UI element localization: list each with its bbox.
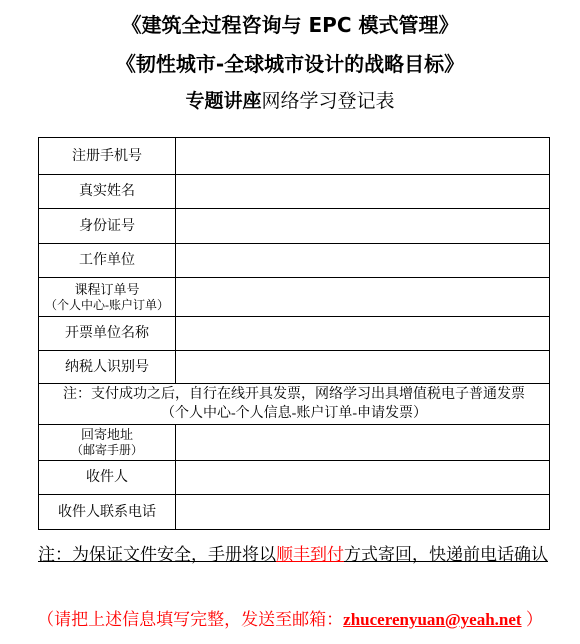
row-label: 注册手机号 bbox=[72, 148, 142, 165]
invoice-note-row: 注：支付成功之后，自行在线开具发票，网络学习出具增值税电子普通发票 （个人中心-… bbox=[39, 383, 549, 424]
name-input-cell[interactable] bbox=[176, 175, 549, 208]
row-label-cell: 收件人 bbox=[39, 461, 176, 494]
table-row: 回寄地址 （邮寄手册） bbox=[39, 424, 549, 460]
contact-instruction-suffix: ） bbox=[522, 610, 543, 629]
row-label-cell: 注册手机号 bbox=[39, 138, 176, 174]
table-row: 开票单位名称 bbox=[39, 316, 549, 350]
return-address-input-cell[interactable] bbox=[176, 425, 549, 460]
contact-instruction-prefix: （请把上述信息填写完整，发送至邮箱： bbox=[37, 610, 343, 629]
phone-input-cell[interactable] bbox=[176, 138, 549, 174]
row-label-cell: 工作单位 bbox=[39, 244, 176, 277]
table-row: 纳税人识别号 bbox=[39, 350, 549, 383]
form-title: 专题讲座网络学习登记表 bbox=[0, 90, 580, 113]
invoice-note-line1: 注：支付成功之后，自行在线开具发票，网络学习出具增值税电子普通发票 bbox=[63, 385, 525, 404]
row-label: 身份证号 bbox=[79, 218, 135, 235]
row-label-cell: 课程订单号 （个人中心-账户订单） bbox=[39, 278, 176, 316]
row-label-cell: 回寄地址 （邮寄手册） bbox=[39, 425, 176, 460]
registration-table: 注册手机号 真实姓名 身份证号 工作单位 课程订单号 （个人中心 bbox=[38, 137, 550, 530]
document-page: 《建筑全过程咨询与 EPC 模式管理》 《韧性城市-全球城市设计的战略目标》 专… bbox=[0, 0, 580, 644]
form-title-rest-segment: 网络学习登记表 bbox=[262, 91, 395, 112]
row-label: 收件人联系电话 bbox=[58, 504, 156, 521]
delivery-note-prefix: 注：为保证文件安全，手册将以 bbox=[38, 545, 276, 564]
row-label-cell: 身份证号 bbox=[39, 209, 176, 243]
row-label: 真实姓名 bbox=[79, 183, 135, 200]
course-title-2: 《韧性城市-全球城市设计的战略目标》 bbox=[0, 53, 580, 76]
row-label: 工作单位 bbox=[79, 252, 135, 269]
table-row: 工作单位 bbox=[39, 243, 549, 277]
table-row: 注册手机号 bbox=[39, 138, 549, 174]
row-label-cell: 收件人联系电话 bbox=[39, 495, 176, 529]
invoice-title-input-cell[interactable] bbox=[176, 317, 549, 350]
invoice-note-line2: （个人中心-个人信息-账户订单-申请发票） bbox=[161, 404, 427, 423]
id-number-input-cell[interactable] bbox=[176, 209, 549, 243]
table-row: 收件人 bbox=[39, 460, 549, 494]
recipient-phone-input-cell[interactable] bbox=[176, 495, 549, 529]
tax-id-input-cell[interactable] bbox=[176, 351, 549, 383]
delivery-note-highlight: 顺丰到付 bbox=[276, 545, 344, 564]
row-label: 开票单位名称 bbox=[65, 325, 149, 342]
delivery-note-suffix: 方式寄回，快递前电话确认 bbox=[344, 545, 548, 564]
recipient-input-cell[interactable] bbox=[176, 461, 549, 494]
order-number-input-cell[interactable] bbox=[176, 278, 549, 316]
row-sublabel: （邮寄手册） bbox=[71, 443, 143, 458]
table-row: 收件人联系电话 bbox=[39, 494, 549, 529]
course-title-1: 《建筑全过程咨询与 EPC 模式管理》 bbox=[0, 0, 580, 37]
contact-instruction: （请把上述信息填写完整，发送至邮箱：zhucerenyuan@yeah.net … bbox=[0, 609, 580, 631]
table-row: 课程订单号 （个人中心-账户订单） bbox=[39, 277, 549, 316]
row-label-cell: 开票单位名称 bbox=[39, 317, 176, 350]
row-label-cell: 纳税人识别号 bbox=[39, 351, 176, 383]
row-label: 收件人 bbox=[86, 469, 128, 486]
row-sublabel: （个人中心-账户订单） bbox=[45, 298, 169, 313]
delivery-note: 注：为保证文件安全，手册将以顺丰到付方式寄回，快递前电话确认 bbox=[38, 544, 580, 566]
form-title-bold-segment: 专题讲座 bbox=[185, 90, 261, 112]
row-label: 回寄地址 bbox=[81, 427, 133, 443]
contact-email-link[interactable]: zhucerenyuan@yeah.net bbox=[343, 610, 521, 629]
employer-input-cell[interactable] bbox=[176, 244, 549, 277]
table-row: 真实姓名 bbox=[39, 174, 549, 208]
invoice-note-cell: 注：支付成功之后，自行在线开具发票，网络学习出具增值税电子普通发票 （个人中心-… bbox=[39, 384, 549, 424]
title-block: 《建筑全过程咨询与 EPC 模式管理》 《韧性城市-全球城市设计的战略目标》 专… bbox=[0, 0, 580, 113]
row-label: 纳税人识别号 bbox=[65, 359, 149, 376]
table-row: 身份证号 bbox=[39, 208, 549, 243]
row-label-cell: 真实姓名 bbox=[39, 175, 176, 208]
row-label: 课程订单号 bbox=[74, 282, 139, 298]
